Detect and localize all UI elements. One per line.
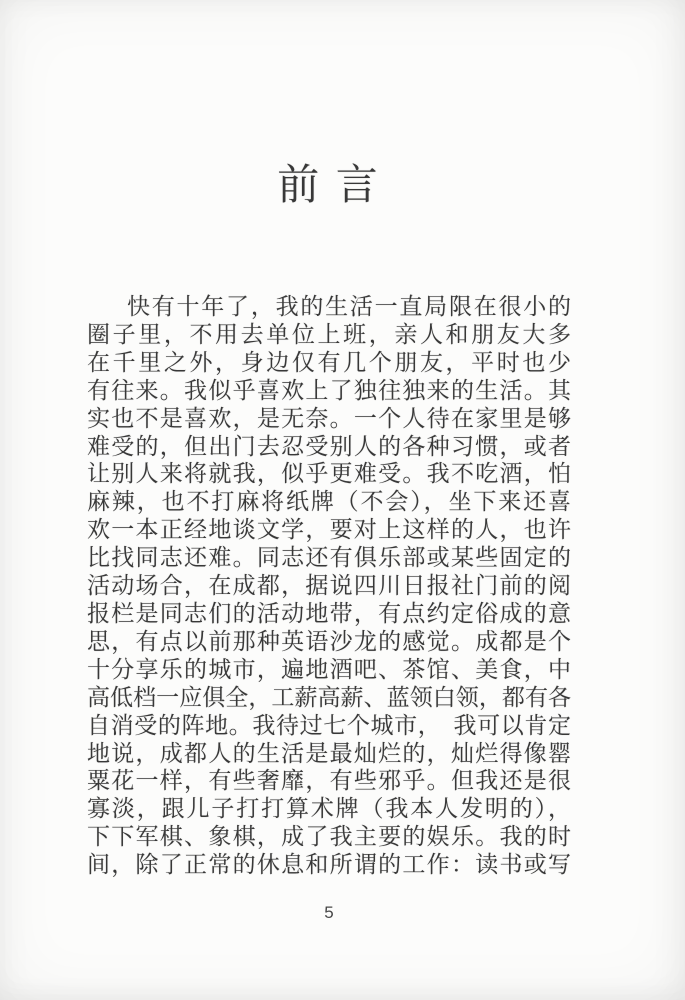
text-line: 高低档一应俱全，工薪高薪、蓝领白领，都有各 (87, 684, 571, 712)
text-line: 麻辣，也不打麻将纸牌（不会），坐下来还喜 (87, 488, 571, 516)
page-number: 5 (87, 903, 571, 923)
text-line: 地说，成都人的生活是最灿烂的，灿烂得像罂 (87, 740, 571, 768)
text-line: 欢一本正经地谈文学，要对上这样的人，也许 (87, 516, 571, 544)
text-line: 报栏是同志们的活动地带，有点约定俗成的意 (87, 600, 571, 628)
text-line: 自消受的阵地。我待过七个城市， 我可以肯定 (87, 712, 571, 740)
text-line: 比找同志还难。同志还有俱乐部或某些固定的 (87, 544, 571, 572)
text-line: 圈子里，不用去单位上班，亲人和朋友大多 (87, 321, 571, 349)
body-text: 快有十年了，我的生活一直局限在很小的圈子里，不用去单位上班，亲人和朋友大多在千里… (87, 293, 571, 879)
text-line: 十分享乐的城市，遍地酒吧、茶馆、美食，中 (87, 656, 571, 684)
text-line: 粟花一样，有些奢靡，有些邪乎。但我还是很 (87, 767, 571, 795)
text-line: 快有十年了，我的生活一直局限在很小的 (87, 293, 571, 321)
text-line: 下下军棋、象棋，成了我主要的娱乐。我的时 (87, 823, 571, 851)
text-line: 难受的，但出门去忍受别人的各种习惯，或者 (87, 433, 571, 461)
text-line: 活动场合，在成都，据说四川日报社门前的阅 (87, 572, 571, 600)
text-line: 寡淡，跟儿子打打算术牌（我本人发明的）， (87, 795, 571, 823)
text-line: 让别人来将就我，似乎更难受。我不吃酒，怕 (87, 460, 571, 488)
text-line: 思，有点以前那种英语沙龙的感觉。成都是个 (87, 628, 571, 656)
page-title: 前 言 (87, 161, 571, 211)
text-line: 有往来。我似乎喜欢上了独往独来的生活。其 (87, 377, 571, 405)
book-page: 前 言 快有十年了，我的生活一直局限在很小的圈子里，不用去单位上班，亲人和朋友大… (0, 0, 685, 1000)
text-line: 在千里之外，身边仅有几个朋友，平时也少 (87, 349, 571, 377)
text-line: 间，除了正常的休息和所谓的工作：读书或写 (87, 851, 571, 879)
text-line: 实也不是喜欢，是无奈。一个人待在家里是够 (87, 405, 571, 433)
